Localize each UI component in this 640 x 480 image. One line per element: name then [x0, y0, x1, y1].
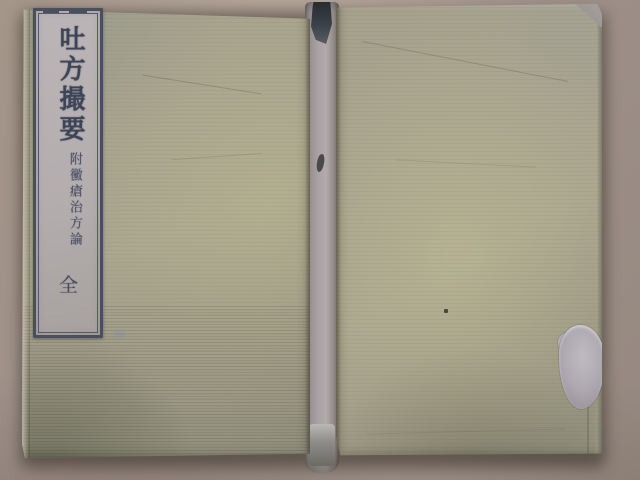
crease-line	[172, 153, 262, 160]
spine-stain	[316, 154, 325, 173]
title-slip-top-ornament	[43, 11, 59, 13]
crease-line	[143, 75, 262, 95]
book-photograph: 吐方撮要 附黴瘡治方論 全	[0, 0, 640, 480]
book-spine	[305, 2, 339, 473]
cover-laid-line-texture	[336, 3, 602, 459]
title-slip-top-ornament	[69, 11, 87, 13]
dark-speck	[444, 309, 448, 313]
damage-patch	[559, 325, 605, 409]
back-cover	[336, 3, 602, 459]
book-title-calligraphy: 吐方撮要	[55, 25, 84, 145]
spine-wear-top	[311, 2, 332, 44]
back-cover-spine-edge	[336, 3, 341, 459]
volume-marker-calligraphy: 全	[57, 275, 76, 294]
book-subtitle-calligraphy: 附黴瘡治方論	[68, 152, 81, 248]
front-cover-spine-edge	[305, 6, 310, 460]
crease-line	[366, 428, 566, 434]
crease-line	[362, 41, 568, 82]
title-slip: 吐方撮要 附黴瘡治方論 全	[33, 8, 103, 338]
spine-wear-bottom	[309, 424, 335, 466]
crease-line	[396, 159, 536, 167]
corner-wear-patch	[572, 3, 602, 29]
blue-smudge	[113, 331, 126, 338]
